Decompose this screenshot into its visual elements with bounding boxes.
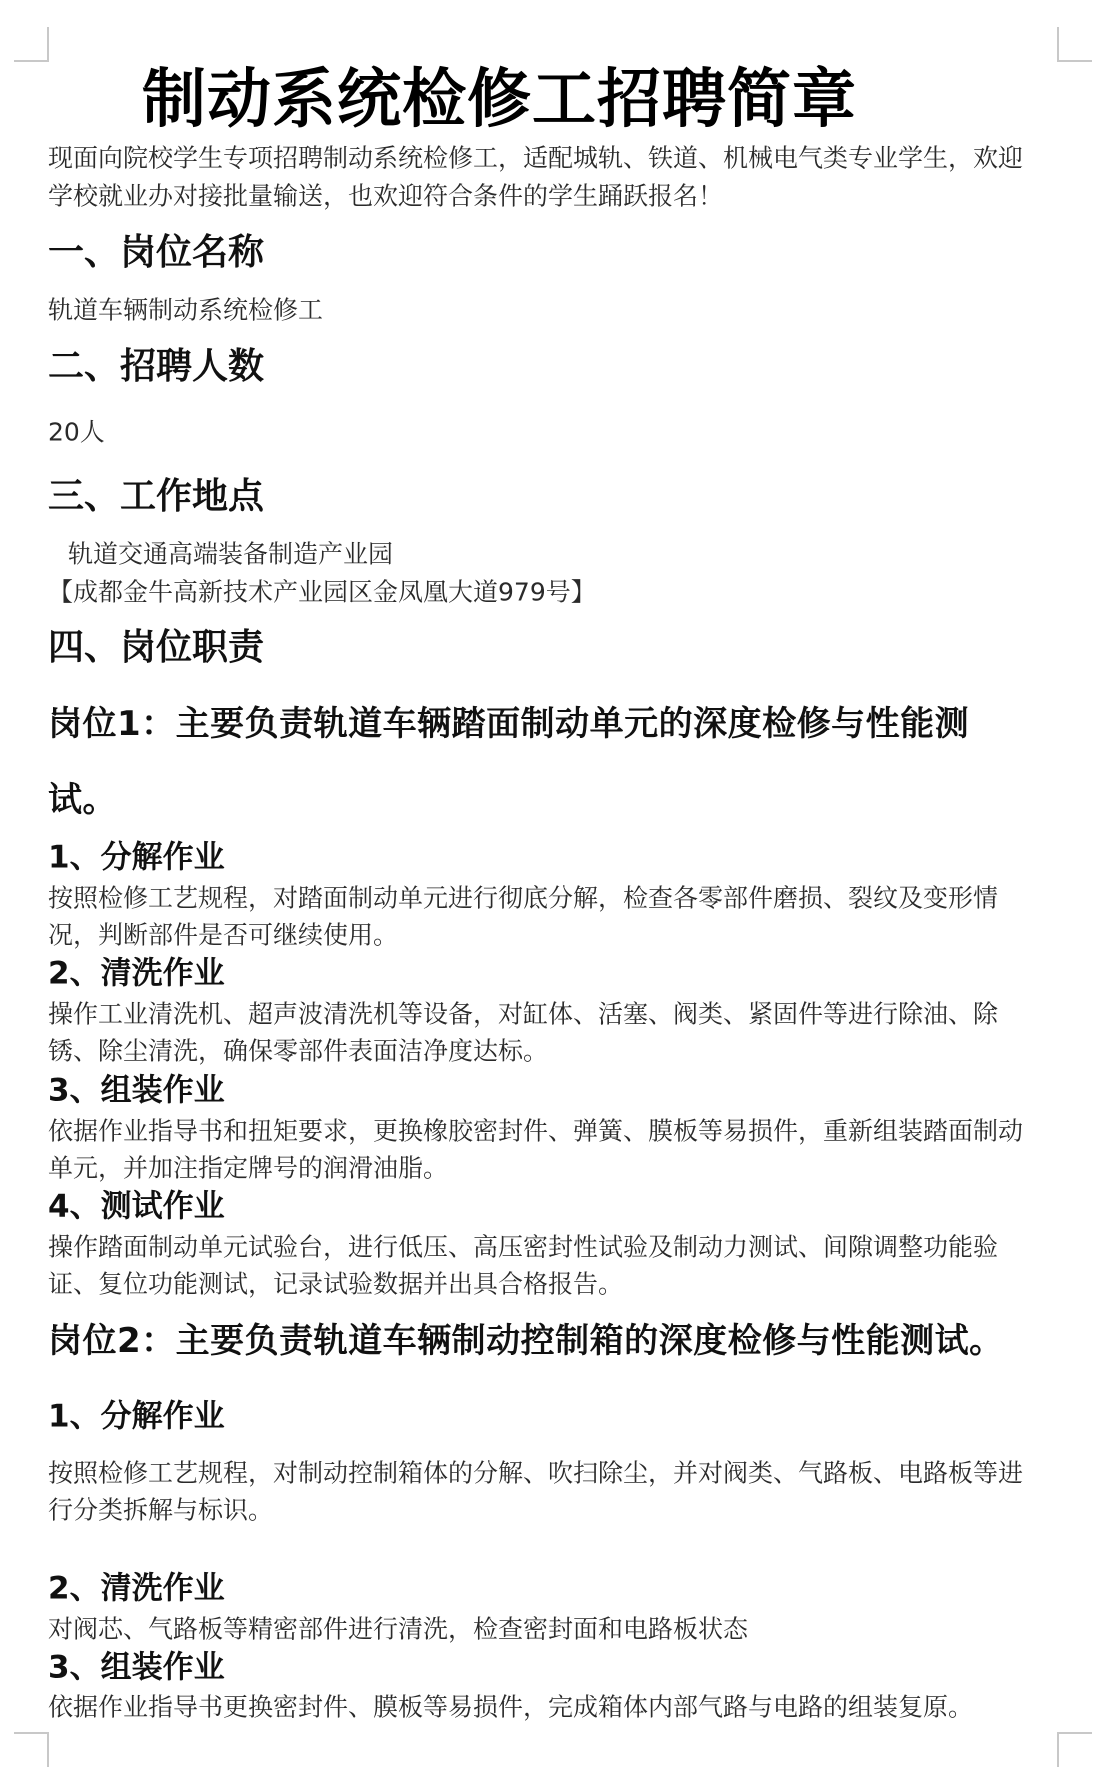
post1-task-4-line-2: 证、复位功能测试，记录试验数据并出具合格报告。	[48, 1272, 623, 1297]
post1-task-3-line-1: 依据作业指导书和扭矩要求，更换橡胶密封件、弹簧、膜板等易损件，重新组装踏面制动	[48, 1119, 1023, 1144]
section-heading-headcount: 二、招聘人数	[48, 349, 264, 385]
document-title: 制动系统检修工招聘简章	[142, 68, 857, 132]
page-corner-mark-bottom-left	[14, 1732, 49, 1767]
post2-task-3-title: 3、组装作业	[48, 1653, 225, 1684]
post1-task-4-line-1: 操作踏面制动单元试验台，进行低压、高压密封性试验及制动力测试、间隙调整功能验	[48, 1235, 998, 1260]
position-name-value: 轨道车辆制动系统检修工	[48, 298, 323, 323]
post2-task-1-line-1: 按照检修工艺规程，对制动控制箱体的分解、吹扫除尘，并对阀类、气路板、电路板等进	[48, 1461, 1023, 1486]
post1-heading-line-2: 试。	[48, 783, 117, 817]
post1-task-4-title: 4、测试作业	[48, 1192, 225, 1223]
post2-task-3-line-1: 依据作业指导书更换密封件、膜板等易损件，完成箱体内部气路与电路的组装复原。	[48, 1695, 973, 1720]
intro-line-2: 学校就业办对接批量输送，也欢迎符合条件的学生踊跃报名！	[48, 184, 723, 209]
headcount-value: 20人	[48, 420, 105, 445]
location-line-2: 【成都金牛高新技术产业园区金凤凰大道979号】	[48, 580, 596, 605]
post1-task-2-line-2: 锈、除尘清洗，确保零部件表面洁净度达标。	[48, 1039, 548, 1064]
post1-task-3-line-2: 单元，并加注指定牌号的润滑油脂。	[48, 1156, 448, 1181]
location-line-1: 轨道交通高端装备制造产业园	[68, 542, 393, 567]
post1-task-1-line-2: 况，判断部件是否可继续使用。	[48, 923, 398, 948]
intro-line-1: 现面向院校学生专项招聘制动系统检修工，适配城轨、铁道、机械电气类专业学生，欢迎	[48, 146, 1023, 171]
post1-heading-line-1: 岗位1：主要负责轨道车辆踏面制动单元的深度检修与性能测	[48, 707, 969, 741]
post1-task-1-title: 1、分解作业	[48, 843, 225, 874]
post1-task-3-title: 3、组装作业	[48, 1076, 225, 1107]
page-corner-mark-bottom-right	[1057, 1732, 1092, 1767]
post1-task-2-title: 2、清洗作业	[48, 959, 225, 990]
post2-task-1-line-2: 行分类拆解与标识。	[48, 1498, 273, 1523]
section-heading-position-name: 一、岗位名称	[48, 235, 264, 271]
post2-task-2-line-1: 对阀芯、气路板等精密部件进行清洗，检查密封面和电路板状态	[48, 1617, 748, 1642]
post2-task-1-title: 1、分解作业	[48, 1402, 225, 1433]
post1-task-1-line-1: 按照检修工艺规程，对踏面制动单元进行彻底分解，检查各零部件磨损、裂纹及变形情	[48, 886, 998, 911]
page-corner-mark-top-right	[1057, 27, 1092, 62]
post2-heading: 岗位2：主要负责轨道车辆制动控制箱的深度检修与性能测试。	[48, 1324, 1004, 1358]
section-heading-duties: 四、岗位职责	[48, 630, 264, 666]
page-corner-mark-top-left	[14, 27, 49, 62]
section-heading-location: 三、工作地点	[48, 479, 264, 515]
post2-task-2-title: 2、清洗作业	[48, 1574, 225, 1605]
post1-task-2-line-1: 操作工业清洗机、超声波清洗机等设备，对缸体、活塞、阀类、紧固件等进行除油、除	[48, 1002, 998, 1027]
